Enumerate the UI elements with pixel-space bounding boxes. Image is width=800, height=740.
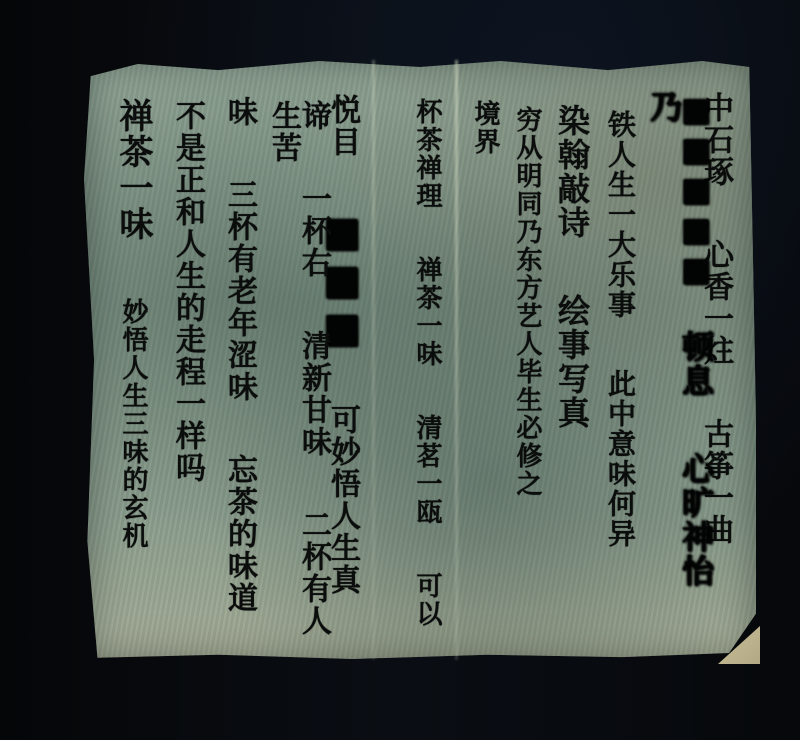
calligraphy-column-10: 味 三杯有老年涩味 忘茶的味道 (224, 96, 254, 614)
column-segment: 心旷神怡 (677, 452, 715, 588)
column-segment: 此中意味何异 (604, 369, 637, 549)
column-segment: 染翰敲诗 (553, 104, 591, 240)
calligraphy-column-4: 染翰敲诗 绘事写真 (556, 104, 588, 430)
calligraphy-column-12: 禅茶一味 妙悟人生三味的玄机 (116, 98, 150, 550)
calligraphy-column-9: 谛 一杯右 清新甘味 二杯有人生苦 (268, 100, 328, 650)
column-segment: 穷从明同乃东方艺人毕生必修之 (512, 106, 542, 498)
column-segment: 禅茶一味 (113, 98, 153, 242)
column-segment: 绘事写真 (553, 294, 591, 430)
column-segment: 铁人生一大乐事 (604, 110, 637, 320)
column-segment: 一杯右 (296, 183, 331, 279)
column-segment: 杯茶禅理 (412, 98, 442, 210)
calligraphy-column-5: 穷从明同乃东方艺人毕生必修之 (514, 106, 540, 498)
column-segment: 忘茶的味道 (222, 454, 257, 614)
column-segment: 味 (222, 96, 257, 128)
calligraphy-text: 中石琢 心香一炷 古筝一曲 ■■■■■ 顿息 心旷神怡 乃 铁人生一大乐事 此中… (100, 80, 750, 650)
column-segment: 谛 (296, 100, 331, 132)
column-segment: 禅茶一味 (412, 256, 442, 368)
column-segment: 清茗一瓯 (412, 414, 442, 526)
column-segment: 不是正和人生的走程一样吗 (170, 100, 205, 484)
column-segment: 三杯有老年涩味 (222, 179, 257, 403)
column-segment: 妙悟人生三味的玄机 (118, 298, 148, 550)
column-segment: 可以 (412, 572, 442, 628)
column-segment: 清新甘味 (296, 330, 331, 458)
calligraphy-column-3: 铁人生一大乐事 此中意味何异 (606, 110, 634, 549)
calligraphy-column-2: ■■■■■ 顿息 心旷神怡 乃 (648, 90, 712, 650)
calligraphy-column-11: 不是正和人生的走程一样吗 (172, 100, 202, 484)
column-segment: 乃 (645, 90, 683, 124)
calligraphy-column-6: 境界 (472, 100, 498, 156)
column-segment: 顿息 (677, 330, 715, 398)
column-segment: 境界 (470, 100, 500, 156)
calligraphy-column-7: 杯茶禅理 禅茶一味 清茗一瓯 可以 (414, 98, 440, 628)
